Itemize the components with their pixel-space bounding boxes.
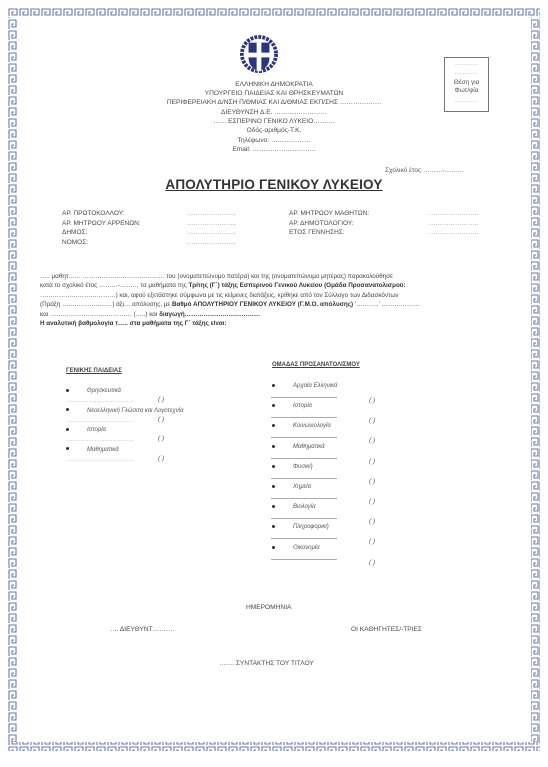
grade-line — [271, 559, 337, 560]
subject-item: Βιολογία — [272, 504, 316, 510]
grade-field[interactable]: ( ) — [369, 478, 375, 485]
subject-name: Κοινωνιολογία — [293, 423, 331, 429]
subject-name: Ιστορία — [87, 427, 106, 433]
subject-item: Αρχαία Ελληνικά — [272, 383, 337, 389]
header-line-republic: ΕΛΛΗΝΙΚΗ ΔΗΜΟΚΡΑΤΙΑ — [0, 80, 548, 89]
meta-label: ΝΟΜΟΣ: — [62, 238, 187, 248]
meta-label: ΔΗΜΟΣ: — [62, 228, 187, 238]
meta-row: ΝΟΜΟΣ:………………….. — [62, 238, 236, 248]
director-signature: …. ΔΙΕΥΘΥΝΤ………. — [110, 626, 174, 633]
meta-value: ………………….. — [187, 228, 236, 238]
meta-label: ΑΡ. ΜΗΤΡΩΟΥ ΑΡΡΕΝΩΝ: — [62, 219, 187, 229]
subject-name: Φυσική — [293, 464, 313, 470]
bullet-icon — [66, 408, 69, 411]
para-text: και ………………………………… (…..) και — [40, 311, 159, 318]
subject-name: Θρησκευτικά — [87, 388, 121, 394]
subject-item: Χημεία — [272, 484, 311, 490]
teachers-signature: ΟΙ ΚΑΘΗΓΗΤΕΣ/-ΤΡΙΕΣ — [351, 626, 422, 633]
para-line-2: κατά το σχολικό έτος ………-……… τα μαθήματα… — [40, 281, 512, 290]
para-text: κατά το σχολικό έτος ………-……… τα μαθήματα… — [40, 282, 188, 289]
para-bold-class: Τρίτης (Γ΄) τάξης Εσπερινού Γενικού Λυκε… — [188, 282, 405, 289]
grade-line: …………………………………… — [66, 418, 133, 424]
bullet-icon — [272, 505, 275, 508]
meta-label: ΕΤΟΣ ΓΕΝΝΗΣΗΣ: — [289, 228, 429, 238]
para-text: ‘………..’ ……………… — [353, 301, 419, 308]
meta-value: ………………….. — [187, 219, 236, 229]
subject-item: Μαθηματικά — [272, 444, 325, 450]
header-line-email: Email: ……………………….. — [0, 145, 548, 154]
grade-line — [271, 518, 337, 519]
photo-box-dots-top: …………… — [445, 62, 488, 67]
grade-line — [271, 397, 337, 398]
subject-name: Μαθηματικά — [293, 444, 325, 450]
bullet-icon — [66, 389, 69, 392]
bullet-icon — [272, 384, 275, 387]
bullet-icon — [66, 447, 69, 450]
bullet-icon — [66, 428, 69, 431]
para-line-6: Η αναλυτική βαθμολογία τ….. στα μαθήματα… — [40, 319, 512, 328]
header-line-school: …… ΕΣΠΕΡΙΝΟ ΓΕΝΙΚΟ ΛΥΚΕΙΟ………. — [0, 117, 548, 126]
subject-item: Ιστορία — [272, 403, 312, 409]
orientation-group-title: ΟΜΑΔΑΣ ΠΡΟΣΑΝΑΤΟΛΙΣΜΟΥ — [272, 362, 360, 368]
bullet-icon — [272, 424, 275, 427]
para-bold-conduct: διαγωγή……………………………… — [159, 311, 260, 318]
grade-line — [271, 498, 337, 499]
subject-name: Χημεία — [293, 484, 311, 490]
subject-item: Ιστορία — [66, 427, 106, 433]
para-line-4: (Πράξη ……………………) άξι… απόλυσης, με Βαθμό… — [40, 300, 512, 309]
subject-name: Μαθηματικά — [87, 447, 119, 453]
header-line-ministry: ΥΠΟΥΡΓΕΙΟ ΠΑΙΔΕΙΑΣ ΚΑΙ ΘΡΗΣΚΕΥΜΑΤΩΝ — [0, 89, 548, 98]
subject-item: Μαθηματικά — [66, 447, 119, 453]
subject-item: Πληροφορική — [272, 524, 329, 530]
grade-line: …………………………………… — [66, 398, 133, 404]
grade-line — [271, 437, 337, 438]
general-education-title: ΓΕΝΙΚΗΣ ΠΑΙΔΕΙΑΣ — [66, 368, 122, 374]
header-line-directorate: ΔΙΕΥΘΥΝΣΗ Δ.Ε. …………………… — [0, 108, 548, 117]
document-title: ΑΠΟΛΥΤΗΡΙΟ ΓΕΝΙΚΟΥ ΛΥΚΕΙΟΥ — [0, 177, 548, 192]
subject-name: Βιολογία — [293, 504, 316, 510]
para-bold-grades-intro: Η αναλυτική βαθμολογία τ….. στα μαθήματα… — [40, 320, 227, 327]
grade-field[interactable]: ( ) — [369, 458, 375, 465]
meta-row: ΑΡ. ΠΡΩΤΟΚΟΛΛΟΥ:………………….. — [62, 209, 236, 219]
grade-field[interactable]: ( ) — [369, 538, 375, 545]
composer-signature: ……. ΣΥΝΤΑΚΤΗΣ ΤΟΥ ΤΙΤΛΟΥ — [219, 660, 314, 667]
meta-value: ………………….. — [187, 209, 236, 219]
grade-field[interactable]: ( ) — [158, 435, 164, 442]
grade-field[interactable]: ( ) — [369, 437, 375, 444]
meta-value: ………………….. — [429, 209, 478, 219]
meta-label: ΑΡ. ΜΗΤΡΩΟΥ ΜΑΘΗΤΩΝ: — [289, 209, 429, 219]
subject-item: Θρησκευτικά — [66, 388, 121, 394]
subject-item: Νεοελληνική Γλώσσα και Λογοτεχνία — [66, 408, 183, 414]
meta-label: ΑΡ. ΔΗΜΟΤΟΛΟΓΙΟΥ: — [289, 219, 429, 229]
grade-field[interactable]: ( ) — [158, 416, 164, 423]
photo-box-dots-mid: …………… — [445, 71, 488, 76]
subject-item: Οικονομία — [272, 545, 320, 551]
subject-name: Ιστορία — [293, 403, 312, 409]
subject-name: Νεοελληνική Γλώσσα και Λογοτεχνία — [87, 408, 183, 414]
grade-field[interactable]: ( ) — [158, 396, 164, 403]
meta-right: ΑΡ. ΜΗΤΡΩΟΥ ΜΑΘΗΤΩΝ:………………….. ΑΡ. ΔΗΜΟΤΟ… — [289, 209, 478, 238]
grade-line — [271, 478, 337, 479]
subject-name: Αρχαία Ελληνικά — [293, 383, 337, 389]
certificate-page: …………… …………… Θέση για Φωτ/φία …………… ΕΛΛΗΝ… — [0, 0, 548, 767]
grade-field[interactable]: ( ) — [369, 498, 375, 505]
subject-item: Κοινωνιολογία — [272, 423, 331, 429]
date-label: ΗΜΕΡΟΜΗΝΙΑ — [246, 604, 291, 611]
header-line-phone: Τηλέφωνο: ……………… — [0, 136, 548, 145]
para-line-5: και ………………………………… (…..) και διαγωγή……………… — [40, 310, 512, 319]
subject-name: Οικονομία — [293, 545, 320, 551]
certificate-paragraph: ….. μαθητ…… ………………………………… του (ονοματεπώ… — [40, 272, 512, 328]
meta-left: ΑΡ. ΠΡΩΤΟΚΟΛΛΟΥ:………………….. ΑΡ. ΜΗΤΡΩΟΥ ΑΡ… — [62, 209, 236, 247]
meta-row: ΑΡ. ΜΗΤΡΩΟΥ ΑΡΡΕΝΩΝ:………………….. — [62, 219, 236, 229]
grade-line: …………………………………… — [66, 437, 133, 443]
meta-label: ΑΡ. ΠΡΩΤΟΚΟΛΛΟΥ: — [62, 209, 187, 219]
bullet-icon — [272, 485, 275, 488]
subject-item: Φυσική — [272, 464, 313, 470]
bullet-icon — [272, 546, 275, 549]
subject-name: Πληροφορική — [293, 524, 329, 530]
para-line-1: ….. μαθητ…… ………………………………… του (ονοματεπώ… — [40, 272, 512, 281]
meta-row: ΑΡ. ΜΗΤΡΩΟΥ ΜΑΘΗΤΩΝ:………………….. — [289, 209, 478, 219]
grade-field[interactable]: ( ) — [369, 559, 375, 566]
grade-line — [271, 458, 337, 459]
grade-line — [271, 538, 337, 539]
bullet-icon — [272, 404, 275, 407]
meta-row: ΑΡ. ΔΗΜΟΤΟΛΟΓΙΟΥ:………………….. — [289, 219, 478, 229]
meta-value: ………………….. — [187, 238, 236, 248]
bullet-icon — [272, 525, 275, 528]
grade-field[interactable]: ( ) — [369, 518, 375, 525]
school-year: Σχολικό έτος ………-……… — [385, 167, 464, 174]
para-bold-grade: Βαθμό ΑΠΟΛΥΤΗΡΙΟΥ ΓΕΝΙΚΟΥ ΛΥΚΕΙΟΥ (Γ.Μ.Ο… — [172, 301, 353, 308]
grade-line: …………………………………… — [66, 457, 133, 463]
grade-field[interactable]: ( ) — [369, 397, 375, 404]
para-line-3: ………………………………) και, αφού εξετάστηκε σύμφω… — [40, 291, 512, 300]
grade-field[interactable]: ( ) — [369, 417, 375, 424]
header-line-regional: ΠΕΡΙΦΕΡΕΙΑΚΗ Δ/ΝΣΗ Π/ΘΜΙΑΣ ΚΑΙ Δ/ΘΜΙΑΣ Ε… — [0, 98, 548, 107]
meta-value: ………………….. — [429, 228, 478, 238]
grade-line — [271, 417, 337, 418]
bullet-icon — [272, 465, 275, 468]
meta-row: ΔΗΜΟΣ:………………….. — [62, 228, 236, 238]
bullet-icon — [272, 445, 275, 448]
header-line-address: Οδός-αριθμός-Τ.Κ. — [0, 126, 548, 135]
meta-value: ………………….. — [429, 219, 478, 229]
meta-row: ΕΤΟΣ ΓΕΝΝΗΣΗΣ:………………….. — [289, 228, 478, 238]
para-text: (Πράξη ……………………) άξι… απόλυσης, με — [40, 301, 172, 308]
grade-field[interactable]: ( ) — [158, 455, 164, 462]
greek-coat-of-arms-icon — [240, 35, 278, 75]
